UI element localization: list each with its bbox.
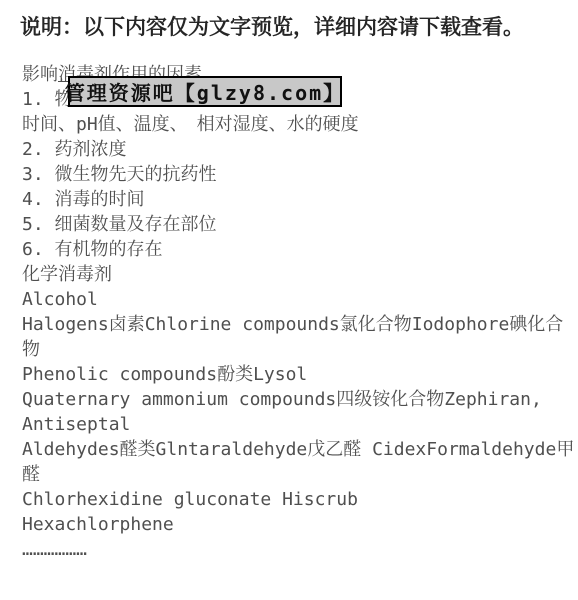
text-segment: 6. 有机物的存在 xyxy=(22,239,163,260)
text-line: 物 xyxy=(22,337,574,362)
text-segment: Alcohol xyxy=(22,289,98,310)
text-line: 4. 消毒的时间 xyxy=(22,187,574,212)
text-line: Phenolic compounds酚类Lysol xyxy=(22,362,574,387)
text-line: Antiseptal xyxy=(22,412,574,437)
text-segment: 物 xyxy=(22,339,40,360)
text-segment: 5. 细菌数量及存在部位 xyxy=(22,214,217,235)
text-line: Alcohol xyxy=(22,287,574,312)
text-segment: 醛 xyxy=(22,464,40,485)
preview-text-content: 影响消毒剂作用的因素1. 物时间、pH值、温度、 相对湿度、水的硬度2. 药剂浓… xyxy=(22,62,574,562)
text-segment: Aldehydes醛类Glntaraldehyde戊乙醛 CidexFormal… xyxy=(22,439,574,460)
text-line: ……………… xyxy=(22,537,574,562)
text-segment: 化学消毒剂 xyxy=(22,264,112,285)
text-line: 3. 微生物先天的抗药性 xyxy=(22,162,574,187)
text-segment: Quaternary ammonium compounds四级铵化合物Zephi… xyxy=(22,389,542,410)
text-line: 醛 xyxy=(22,462,574,487)
preview-notice-heading: 说明：以下内容仅为文字预览，详细内容请下载查看。 xyxy=(20,14,524,40)
text-segment: Phenolic compounds酚类Lysol xyxy=(22,364,307,385)
text-segment: Chlorhexidine gluconate Hiscrub xyxy=(22,489,358,510)
text-line: 时间、pH值、温度、 相对湿度、水的硬度 xyxy=(22,112,574,137)
watermark-box: 管理资源吧【glzy8.com】 xyxy=(68,76,342,107)
text-segment: Halogens卤素Chlorine compounds氯化合物Iodophor… xyxy=(22,314,563,335)
text-segment: ……………… xyxy=(22,539,87,560)
text-line: Aldehydes醛类Glntaraldehyde戊乙醛 CidexFormal… xyxy=(22,437,574,462)
text-segment: 时间、pH值、温度、 相对湿度、水的硬度 xyxy=(22,114,359,135)
text-line: Chlorhexidine gluconate Hiscrub xyxy=(22,487,574,512)
text-segment: 4. 消毒的时间 xyxy=(22,189,145,210)
text-line: Hexachlorphene xyxy=(22,512,574,537)
text-segment: 2. 药剂浓度 xyxy=(22,139,127,160)
text-line: 化学消毒剂 xyxy=(22,262,574,287)
text-line: 2. 药剂浓度 xyxy=(22,137,574,162)
text-line: Quaternary ammonium compounds四级铵化合物Zephi… xyxy=(22,387,574,412)
text-segment: 3. 微生物先天的抗药性 xyxy=(22,164,217,185)
text-line: 6. 有机物的存在 xyxy=(22,237,574,262)
watermark-text: 管理资源吧【glzy8.com】 xyxy=(65,77,345,106)
text-segment: Hexachlorphene xyxy=(22,514,174,535)
document-preview-page: 说明：以下内容仅为文字预览，详细内容请下载查看。 影响消毒剂作用的因素1. 物时… xyxy=(0,0,578,600)
text-segment: 影响 xyxy=(22,64,58,85)
text-line: Halogens卤素Chlorine compounds氯化合物Iodophor… xyxy=(22,312,574,337)
text-line: 5. 细菌数量及存在部位 xyxy=(22,212,574,237)
text-segment: Antiseptal xyxy=(22,414,130,435)
